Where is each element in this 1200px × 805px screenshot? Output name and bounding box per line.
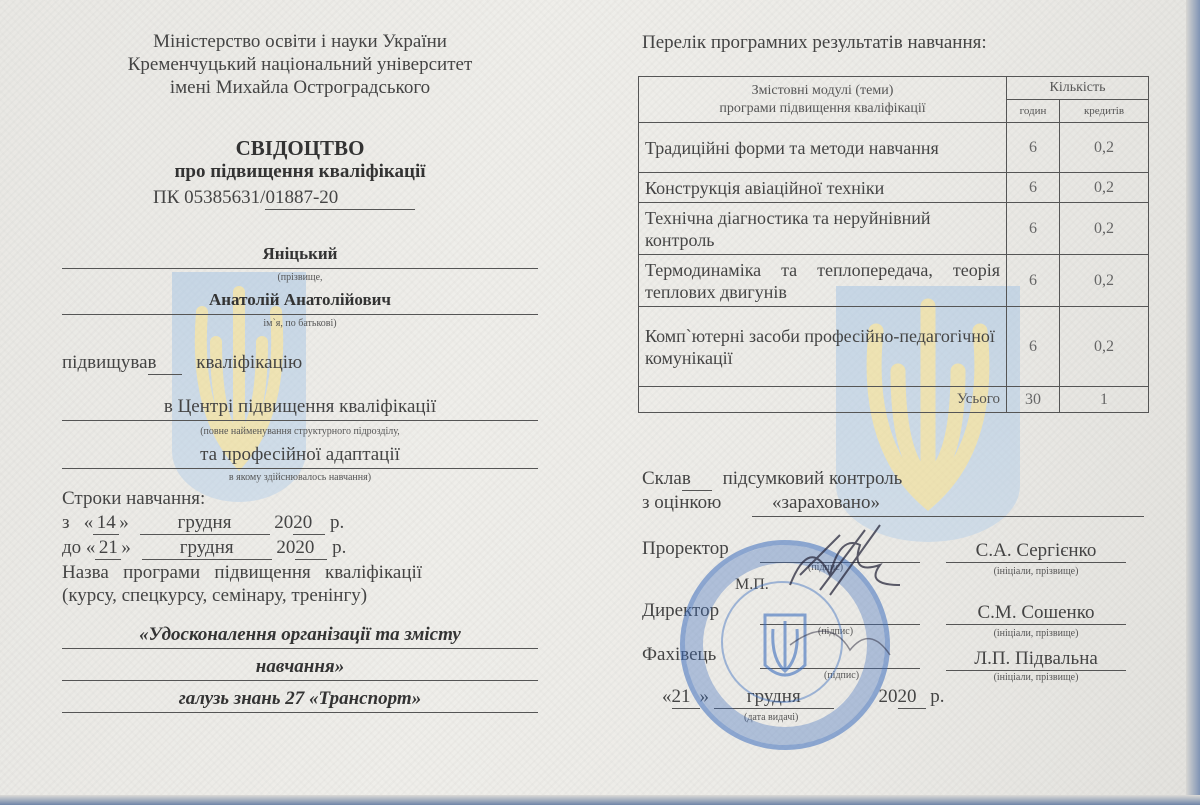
training-unit-hint1: (повне найменування структурного підрозд… — [62, 426, 538, 437]
certificate-number: ПК 05385631/01887-20 — [153, 187, 415, 210]
ministry-name: Міністерство освіти і науки України — [62, 30, 538, 53]
certificate-subtitle: про підвищення кваліфікації — [62, 161, 538, 183]
signatory-name-director: С.М. Сошенко — [946, 602, 1126, 625]
grade-value: «зараховано» — [772, 492, 880, 514]
table-row: Термодинаміка та теплопередача, теорія т… — [639, 255, 1149, 307]
program-name-line1: «Удосконалення організації та змісту — [62, 624, 538, 649]
training-unit-line1: в Центрі підвищення кваліфікації — [62, 396, 538, 421]
program-label-line2: (курсу, спецкурсу, семінару, тренінгу) — [62, 585, 367, 607]
knowledge-field: галузь знань 27 «Транспорт» — [62, 688, 538, 713]
final-control-statement: Склав підсумковий контроль — [642, 468, 902, 491]
program-label-line1: Назва програми підвищення кваліфікації — [62, 562, 538, 584]
period-label: Строки навчання: — [62, 488, 205, 510]
grade-label: з оцінкою — [642, 492, 721, 514]
holder-surname: Яніцький — [62, 244, 538, 269]
col-amount-header: Кількість — [1007, 77, 1149, 100]
period-from: з «14» грудня 2020 р. — [62, 512, 344, 535]
table-total-row: Усього 30 1 — [639, 387, 1149, 413]
table-row: Комп`ютерні засоби професійно-педагогічн… — [639, 307, 1149, 387]
program-name-line2: навчання» — [62, 656, 538, 681]
training-unit-hint2: в якому здійснювалось навчання) — [62, 472, 538, 483]
certificate-number-value: 01887-20 — [265, 187, 415, 210]
col-credits-header: кредитів — [1060, 100, 1149, 123]
qualification-statement: підвищував кваліфікацію — [62, 352, 302, 375]
handwritten-signature-icon — [770, 515, 920, 695]
table-row: Технічна діагностика та неруйнівний конт… — [639, 203, 1149, 255]
university-name: Кременчуцький національний університет — [62, 53, 538, 76]
certificate-sheet: Міністерство освіти і науки України Крем… — [0, 0, 1200, 805]
signatory-name-specialist: Л.П. Підвальна — [946, 648, 1126, 671]
training-unit-line2: та професійної адаптації — [62, 444, 538, 469]
holder-name: Анатолій Анатолійович — [62, 290, 538, 315]
modules-table: Змістовні модулі (теми) програми підвище… — [638, 76, 1149, 413]
results-heading: Перелік програмних результатів навчання: — [642, 32, 987, 54]
certificate-title: СВІДОЦТВО — [62, 136, 538, 161]
col-topic-header: Змістовні модулі (теми) програми підвище… — [639, 77, 1007, 123]
col-hours-header: годин — [1007, 100, 1060, 123]
period-to: до «21» грудня 2020 р. — [62, 537, 346, 560]
name-hint: ім`я, по батькові) — [62, 318, 538, 329]
university-honorific: імені Михайла Остроградського — [62, 76, 538, 99]
table-row: Традиційні форми та методи навчання 6 0,… — [639, 123, 1149, 173]
surname-hint: (прізвище, — [62, 272, 538, 283]
table-row: Конструкція авіаційної техніки 6 0,2 — [639, 173, 1149, 203]
signatory-name-vice-rector: С.А. Сергієнко — [946, 540, 1126, 563]
